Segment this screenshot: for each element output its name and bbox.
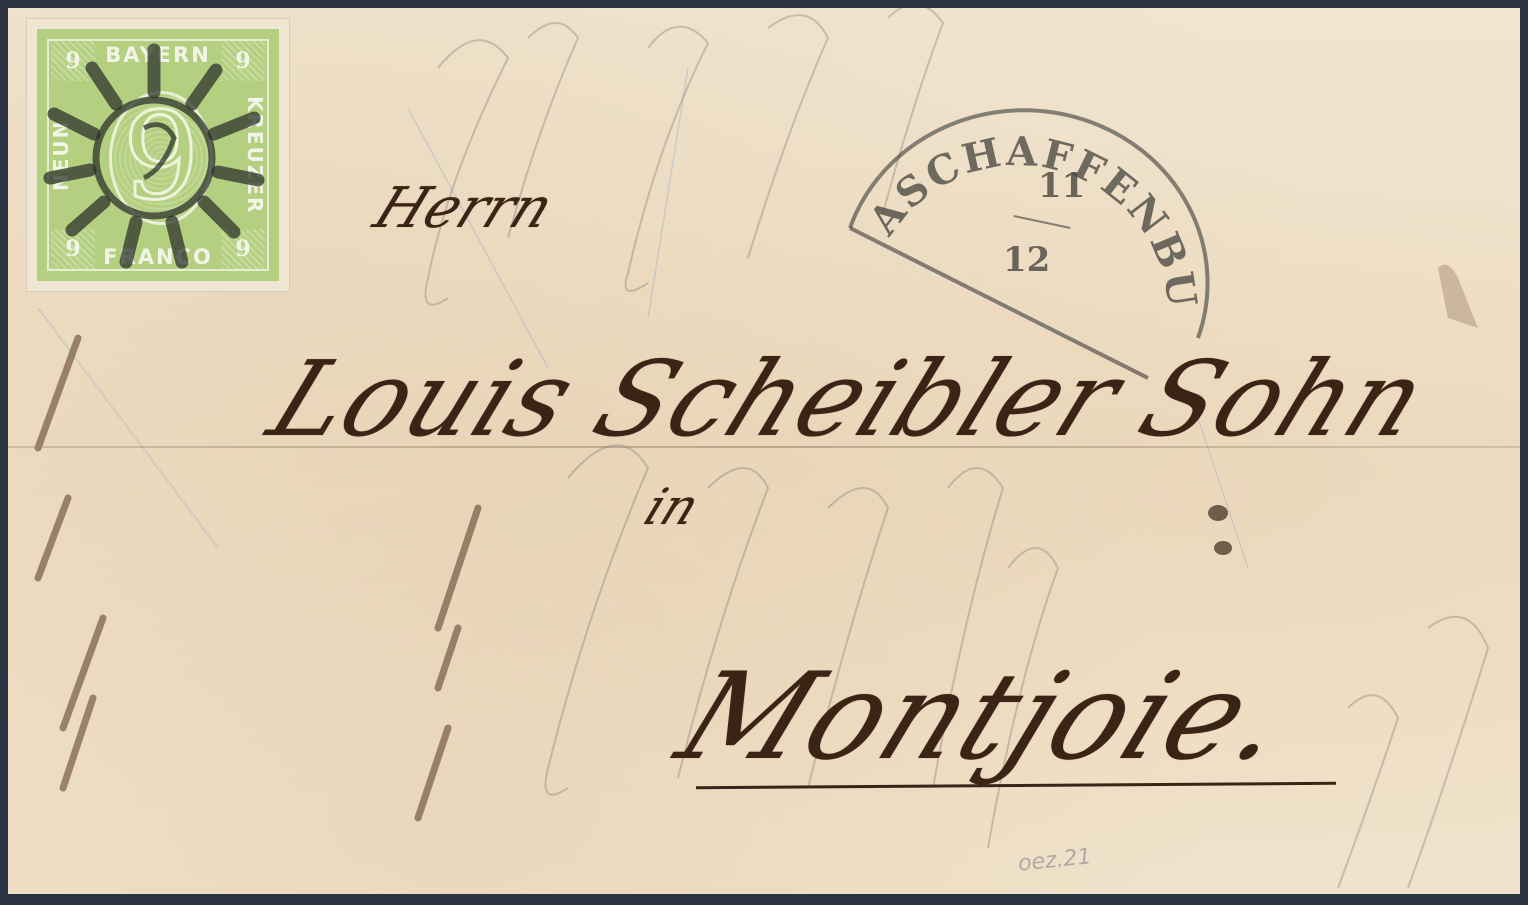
address-destination: Montjoie. [660, 648, 1312, 787]
stamp-corner-value: 9 [221, 41, 265, 81]
stamp-center-value: 9 [112, 94, 210, 222]
address-preposition: in [636, 478, 708, 536]
postmark-day: 11 [1038, 166, 1085, 206]
address-salutation: Herrn [365, 176, 563, 241]
stamp-center-oval: 9 [109, 91, 213, 225]
stamp-currency: KREUZER [239, 89, 267, 221]
stamp-corner-value: 9 [51, 41, 95, 81]
stamp-corner-value: 9 [51, 229, 95, 269]
address-recipient: Louis Scheibler Sohn [253, 338, 1444, 460]
stamp-franco: FRANCO [97, 245, 219, 269]
stamp-design: 9 9 9 9 BAYERN FRANCO NEUN KREUZER 9 [37, 29, 279, 281]
letter-cover: 9 9 9 9 BAYERN FRANCO NEUN KREUZER 9 [8, 8, 1520, 894]
postage-stamp: 9 9 9 9 BAYERN FRANCO NEUN KREUZER 9 [26, 18, 290, 292]
stamp-value-word: NEUN [49, 89, 77, 221]
stamp-country: BAYERN [97, 43, 219, 67]
postmark-month: 12 [1003, 240, 1050, 280]
image-border: 9 9 9 9 BAYERN FRANCO NEUN KREUZER 9 [0, 0, 1528, 905]
stamp-corner-value: 9 [221, 229, 265, 269]
pencil-annotation: oez.21 [1017, 844, 1093, 877]
